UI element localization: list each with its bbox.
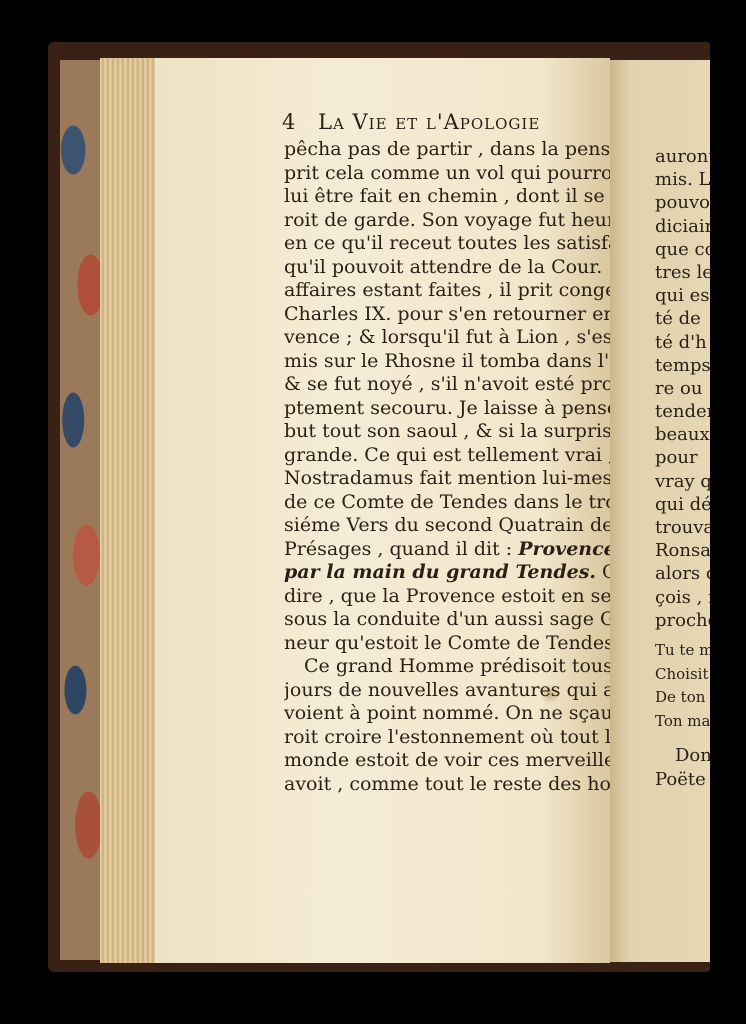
left-page-body: pêcha pas de partir , dans la pensée qu'… bbox=[284, 138, 614, 796]
text-line: vence ; & lorsqu'il fut à Lion , s'estan… bbox=[284, 326, 614, 350]
verse-block: Tu te m Choisit De ton Ton mal bbox=[655, 638, 715, 732]
marbled-endpaper bbox=[60, 60, 104, 960]
quatrain-quote: Provence seure bbox=[518, 538, 614, 560]
text-line: qu'il pouvoit attendre de la Cour. Ses bbox=[284, 256, 614, 280]
text-line: Ce grand Homme prédisoit tous les bbox=[284, 655, 614, 679]
text-line: Charles IX. pour s'en retourner en Pro- bbox=[284, 303, 614, 327]
verse-line: Tu te m bbox=[655, 638, 715, 662]
text-line: Don bbox=[655, 744, 712, 768]
text-line: neur qu'estoit le Comte de Tendes. bbox=[284, 632, 614, 656]
text-line: sous la conduite d'un aussi sage Gouver- bbox=[284, 608, 614, 632]
text-line: affaires estant faites , il prit congé d… bbox=[284, 279, 614, 303]
page-number: 4 bbox=[282, 110, 296, 134]
text-line: roit de garde. Son voyage fut heureux, bbox=[284, 209, 614, 233]
text-line: siéme Vers du second Quatrain de ses bbox=[284, 514, 614, 538]
text-line: voient à point nommé. On ne sçau- bbox=[284, 702, 614, 726]
text-line: roit croire l'estonnement où tout le bbox=[284, 726, 614, 750]
text-line: Poëte bbox=[655, 768, 712, 792]
text-line: avoit , comme tout le reste des hommes bbox=[284, 773, 614, 797]
text-fragment: Présages , quand il dit : bbox=[284, 538, 512, 560]
verse-line: Ton mal bbox=[655, 709, 715, 733]
quatrain-quote: par la main du grand Tendes. bbox=[284, 561, 596, 583]
photo-border bbox=[710, 0, 746, 1024]
verse-line: Choisit bbox=[655, 662, 715, 686]
page-edges bbox=[100, 58, 158, 963]
text-line: grande. Ce qui est tellement vrai , que bbox=[284, 444, 614, 468]
header-title: La Vie et l'Apologie bbox=[318, 110, 540, 134]
text-line: & se fut noyé , s'il n'avoit esté prom- bbox=[284, 373, 614, 397]
verse-line: De ton bbox=[655, 685, 715, 709]
text-line: en ce qu'il receut toutes les satisfacti… bbox=[284, 232, 614, 256]
text-line: mis sur le Rhosne il tomba dans l'eau, bbox=[284, 350, 614, 374]
text-line: Nostradamus fait mention lui-mesme bbox=[284, 467, 614, 491]
text-line: prit cela comme un vol qui pourroit bbox=[284, 162, 614, 186]
text-line: lui être fait en chemin , dont il se don… bbox=[284, 185, 614, 209]
text-line: par la main du grand Tendes. C'est-à- bbox=[284, 561, 614, 585]
text-line: monde estoit de voir ces merveilles. Il bbox=[284, 749, 614, 773]
text-line: but tout son saoul , & si la surprise fu… bbox=[284, 420, 614, 444]
right-page-continuation: Don Poëte bbox=[655, 744, 712, 791]
text-line: de ce Comte de Tendes dans le troi- bbox=[284, 491, 614, 515]
text-line: Présages , quand il dit : Provence seure bbox=[284, 538, 614, 562]
text-line: ptement secouru. Je laisse à penser s'il bbox=[284, 397, 614, 421]
text-line: dire , que la Provence estoit en seureté bbox=[284, 585, 614, 609]
text-line: jours de nouvelles avantures qui arri- bbox=[284, 679, 614, 703]
running-header: 4 La Vie et l'Apologie bbox=[282, 110, 540, 134]
text-line: pêcha pas de partir , dans la pensée qu'… bbox=[284, 138, 614, 162]
